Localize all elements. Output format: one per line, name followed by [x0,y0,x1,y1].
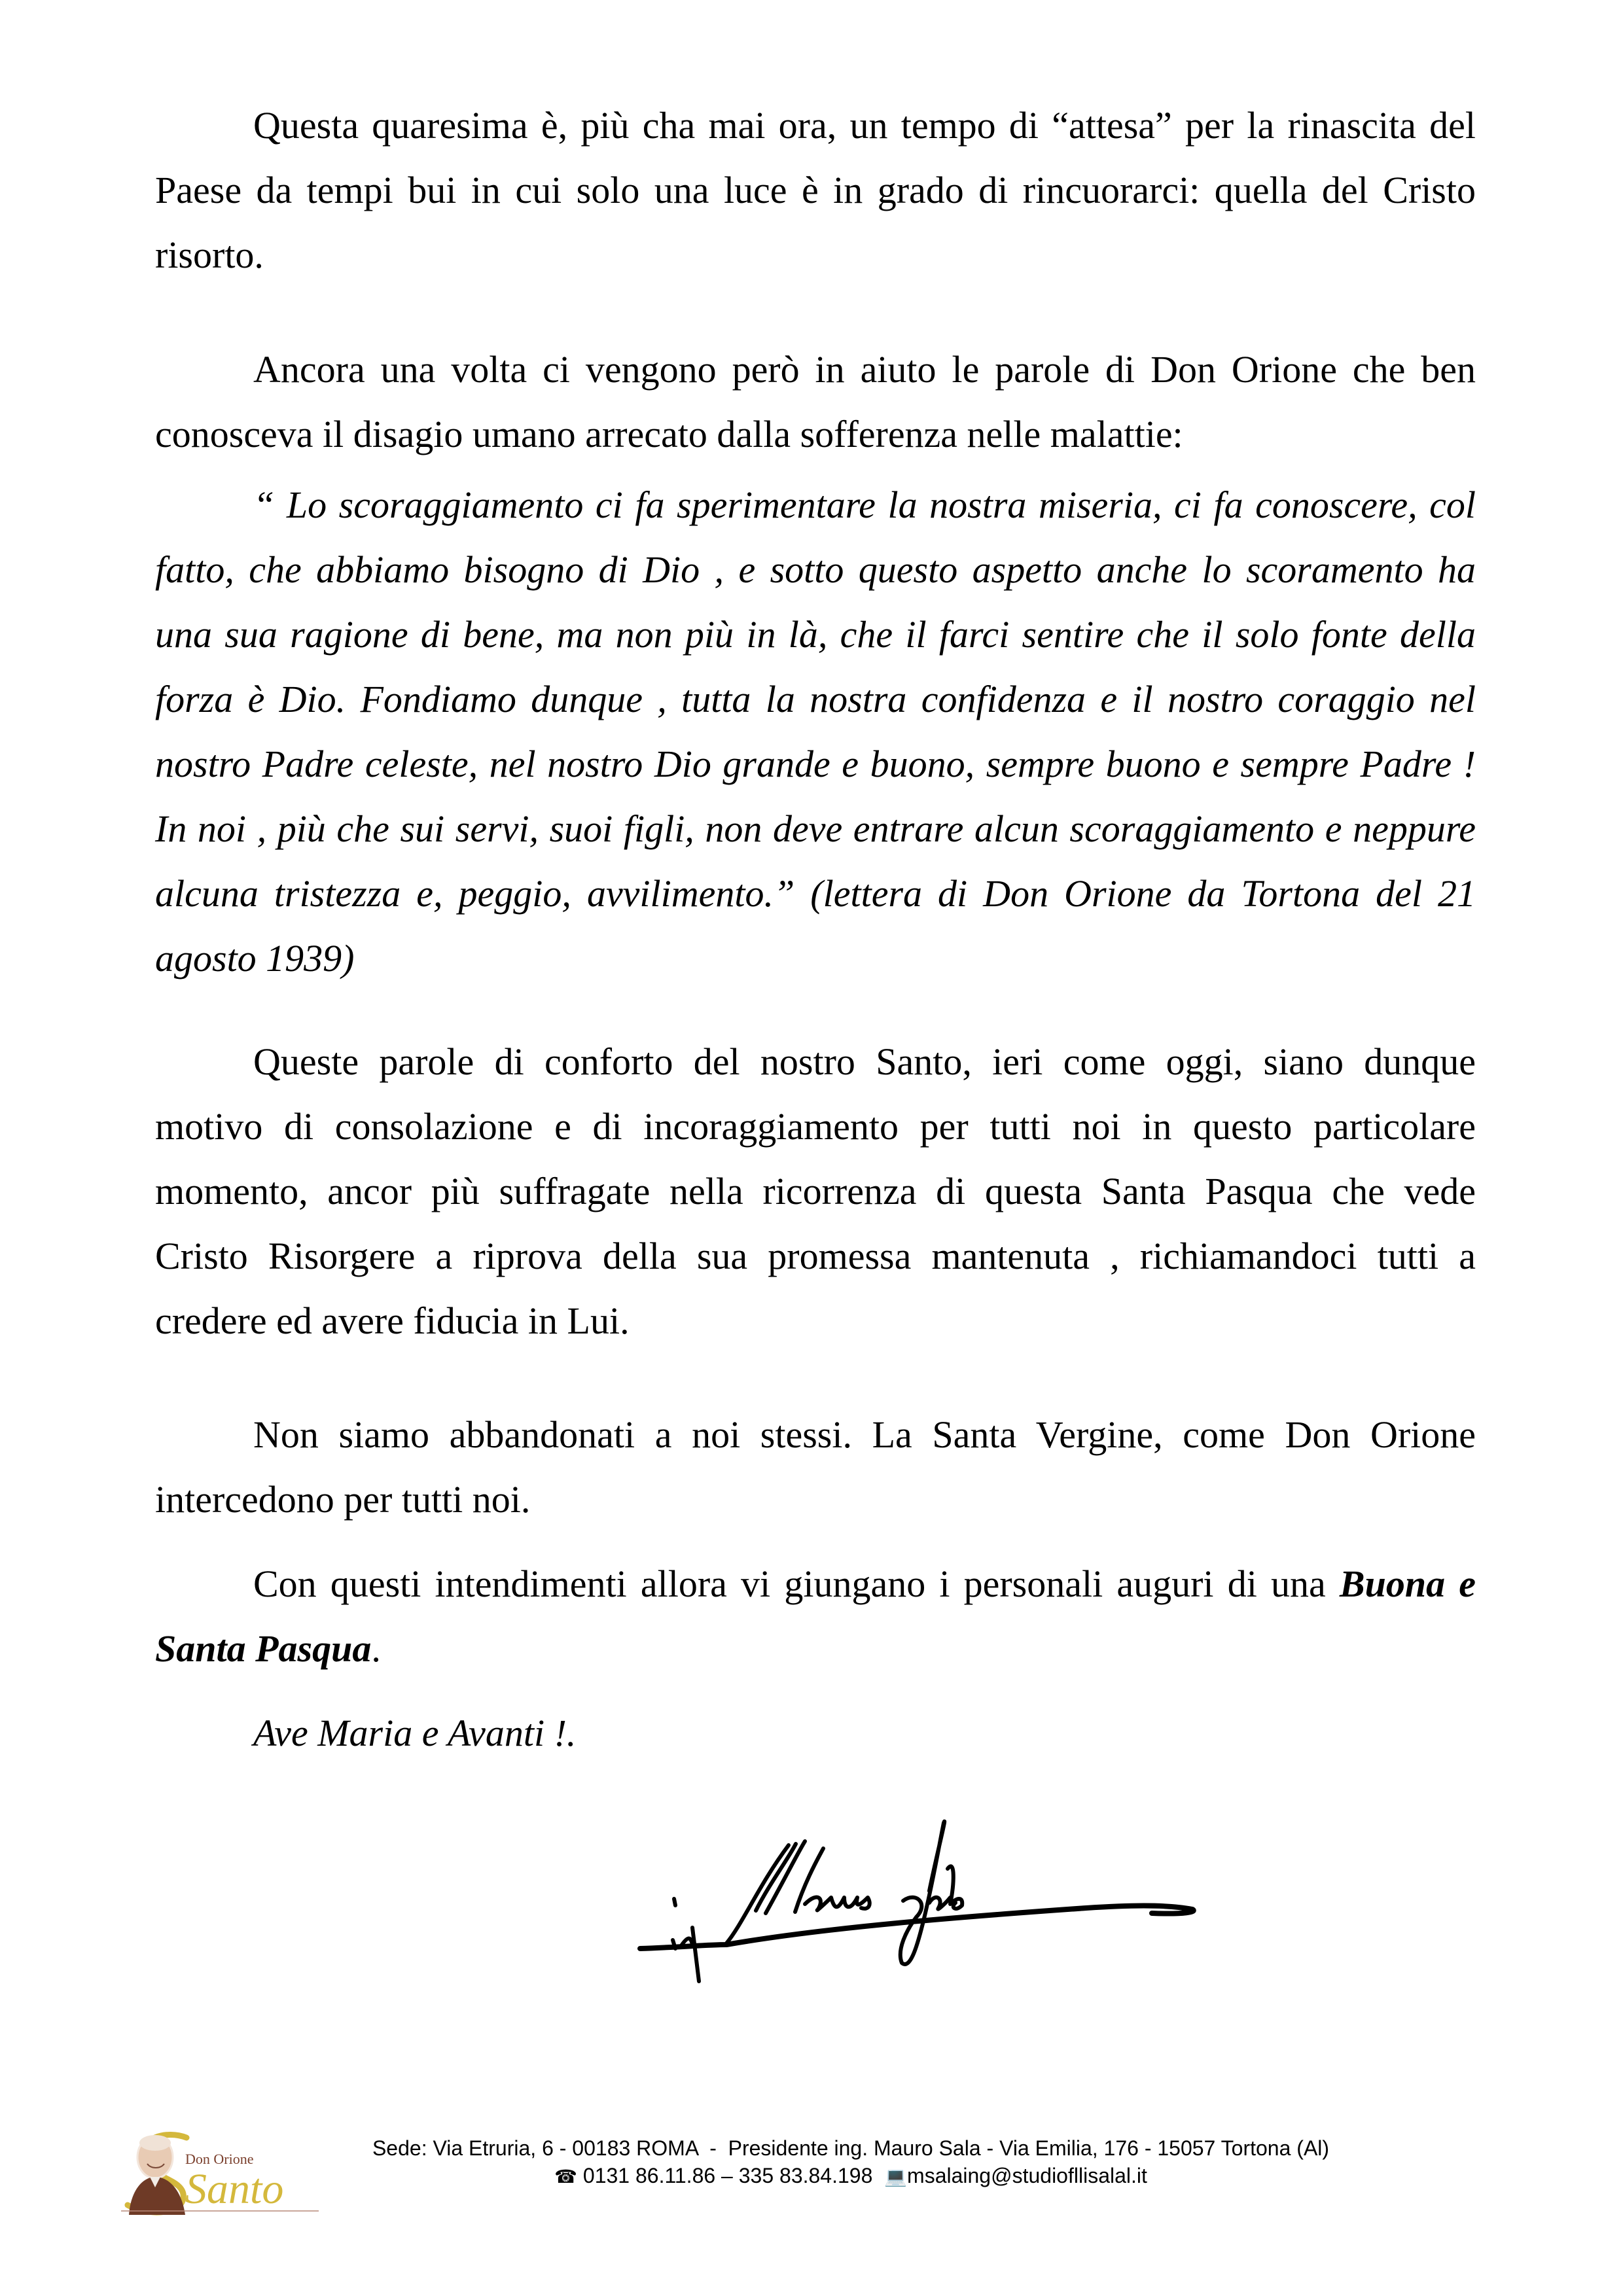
letter-paragraph: Queste parole di conforto del nostro San… [155,1029,1476,1353]
paragraph-line: Ancora una volta ci vengono però in aiut… [155,337,1476,402]
paragraph-line: una sua ragione di bene, ma non più in l… [155,602,1476,667]
footer-contact-block: Sede: Via Etruria, 6 - 00183 ROMA - Pres… [327,2134,1374,2191]
paragraph-line: Queste parole di conforto del nostro San… [155,1029,1476,1094]
paragraph-line: Non siamo abbandonati a noi stessi. La S… [155,1402,1476,1467]
easter-greeting: Con questi intendimenti allora vi giunga… [155,1551,1476,1681]
paragraph-line: fatto, che abbiamo bisogno di Dio , e so… [155,537,1476,602]
footer-contacts: ☎ 0131 86.11.86 – 335 83.84.198 💻msalain… [327,2162,1374,2191]
footer-email[interactable]: msalaing@studiofllisalal.it [907,2164,1147,2187]
paragraph-line: alcuna tristezza e, peggio, avvilimento.… [155,861,1476,926]
paragraph-line: motivo di consolazione e di incoraggiame… [155,1094,1476,1159]
letter-paragraph: Non siamo abbandonati a noi stessi. La S… [155,1402,1476,1532]
paragraph-line: nostro Padre celeste, nel nostro Dio gra… [155,732,1476,796]
paragraph-line: agosto 1939) [155,926,1476,991]
portrait-icon [129,2135,185,2215]
closing-salutation: Ave Maria e Avanti !. [155,1701,1476,1765]
greeting-text: Con questi intendimenti allora vi giunga… [253,1563,1340,1605]
footer-address: Sede: Via Etruria, 6 - 00183 ROMA - Pres… [327,2134,1374,2162]
letter-paragraph: Questa quaresima è, più cha mai ora, un … [155,93,1476,287]
footer-phone: 0131 86.11.86 – 335 83.84.198 [583,2164,872,2187]
greeting-emphasis-2: Santa Pasqua [155,1627,371,1670]
paragraph-line: forza è Dio. Fondiamo dunque , tutta la … [155,667,1476,732]
paragraph-line: Cristo Risorgere a riprova della sua pro… [155,1224,1476,1288]
paragraph-line: Questa quaresima è, più cha mai ora, un … [155,93,1476,158]
don-orione-santo-logo: Don Orione Santo [108,2123,330,2221]
paragraph-line: momento, ancor più suffragate nella rico… [155,1159,1476,1224]
handwritten-signature [628,1806,1217,2002]
letter-paragraph: Ancora una volta ci vengono però in aiut… [155,337,1476,467]
paragraph-line: “ Lo scoraggiamento ci fa sperimentare l… [155,472,1476,537]
greeting-line-2: Santa Pasqua. [155,1616,1476,1681]
paragraph-line: credere ed avere fiducia in Lui. [155,1288,1476,1353]
paragraph-line: risorto. [155,222,1476,287]
closing-text: Ave Maria e Avanti !. [155,1701,1476,1765]
paragraph-line: In noi , più che sui servi, suoi figli, … [155,796,1476,861]
greeting-tail: . [371,1627,381,1670]
greeting-line-1: Con questi intendimenti allora vi giunga… [155,1551,1476,1616]
telephone-icon: ☎ [554,2166,577,2187]
paragraph-line: Paese da tempi bui in cui solo una luce … [155,158,1476,222]
paragraph-line: conosceva il disagio umano arrecato dall… [155,402,1476,467]
letter-paragraph: “ Lo scoraggiamento ci fa sperimentare l… [155,472,1476,991]
computer-icon: 💻 [884,2166,907,2187]
greeting-emphasis-1: Buona e [1340,1563,1476,1605]
logo-main-label: Santo [185,2165,283,2213]
paragraph-line: intercedono per tutti noi. [155,1467,1476,1532]
